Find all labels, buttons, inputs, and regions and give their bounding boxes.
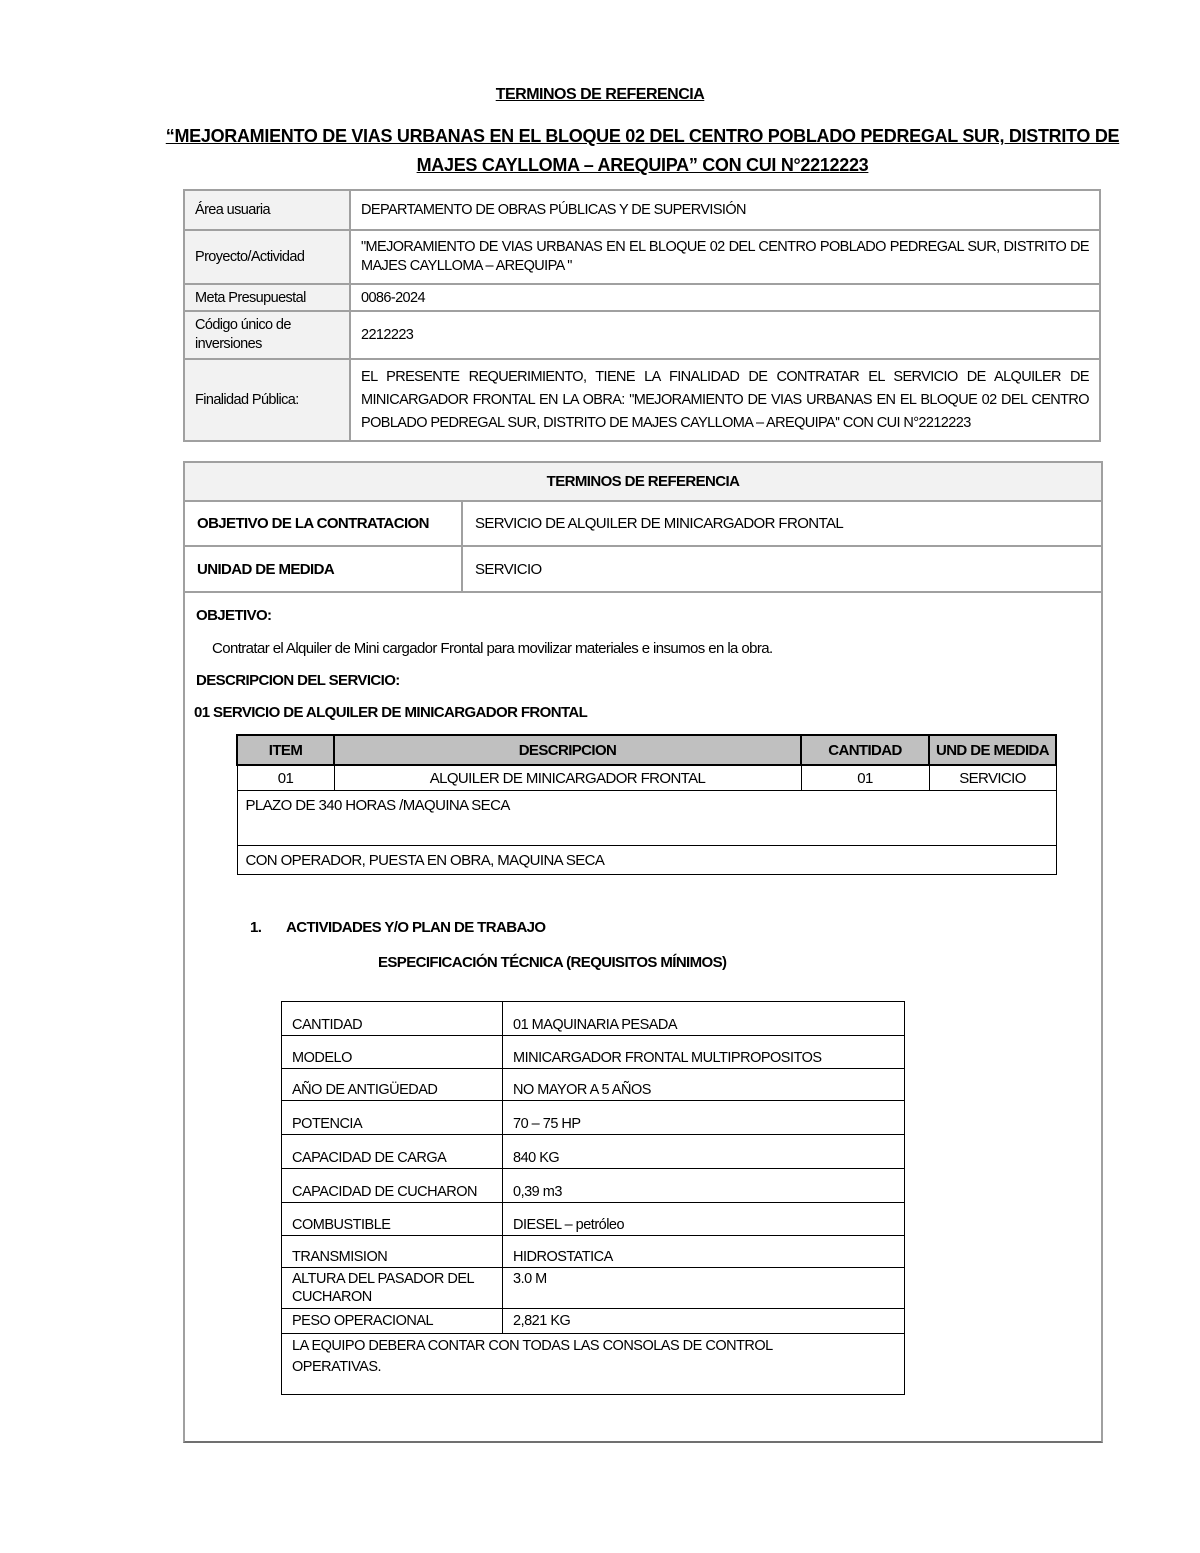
info-label: Área usuaria	[184, 190, 350, 230]
column-header: UND DE MEDIDA	[929, 735, 1056, 765]
terms-label: UNIDAD DE MEDIDA	[185, 546, 462, 592]
description-cell: ALQUILER DE MINICARGADOR FRONTAL	[334, 765, 801, 791]
spec-label: AÑO DE ANTIGÜEDAD	[282, 1069, 503, 1101]
plan-number: 1.	[250, 919, 261, 936]
item-cell: 01	[237, 765, 334, 791]
spec-value: 3.0 M	[503, 1268, 905, 1309]
table-row: AÑO DE ANTIGÜEDADNO MAYOR A 5 AÑOS	[282, 1069, 905, 1101]
table-row: CANTIDAD01 MAQUINARIA PESADA	[282, 1002, 905, 1036]
table-row: UNIDAD DE MEDIDA SERVICIO	[185, 546, 1101, 592]
table-row: MODELOMINICARGADOR FRONTAL MULTIPROPOSIT…	[282, 1036, 905, 1069]
operator-note: CON OPERADOR, PUESTA EN OBRA, MAQUINA SE…	[237, 846, 1056, 875]
project-title: “MEJORAMIENTO DE VIAS URBANAS EN EL BLOQ…	[150, 122, 1135, 180]
spec-value: 0,39 m3	[503, 1169, 905, 1203]
table-row: COMBUSTIBLEDIESEL – petróleo	[282, 1203, 905, 1236]
items-table: ITEM DESCRIPCION CANTIDAD UND DE MEDIDA …	[236, 734, 1057, 875]
spec-value: DIESEL – petróleo	[503, 1203, 905, 1236]
info-value: 2212223	[350, 311, 1100, 359]
table-row: ALTURA DEL PASADOR DEL CUCHARON3.0 M	[282, 1268, 905, 1309]
column-header: DESCRIPCION	[334, 735, 801, 765]
table-header-row: ITEM DESCRIPCION CANTIDAD UND DE MEDIDA	[237, 735, 1056, 765]
terms-value: SERVICIO	[462, 546, 1101, 592]
table-row: Área usuaria DEPARTAMENTO DE OBRAS PÚBLI…	[184, 190, 1100, 230]
info-value: DEPARTAMENTO DE OBRAS PÚBLICAS Y DE SUPE…	[350, 190, 1100, 230]
spec-label: ALTURA DEL PASADOR DEL CUCHARON	[282, 1268, 503, 1309]
unit-cell: SERVICIO	[929, 765, 1056, 791]
spec-value: 01 MAQUINARIA PESADA	[503, 1002, 905, 1036]
table-row: OBJETIVO DE LA CONTRATACION SERVICIO DE …	[185, 501, 1101, 546]
spec-label: MODELO	[282, 1036, 503, 1069]
spec-note-text: LA EQUIPO DEBERA CONTAR CON TODAS LAS CO…	[292, 1336, 832, 1378]
terms-value: SERVICIO DE ALQUILER DE MINICARGADOR FRO…	[462, 501, 1101, 546]
objetivo-text: Contratar el Alquiler de Mini cargador F…	[212, 640, 773, 657]
objetivo-label: OBJETIVO:	[196, 607, 271, 624]
table-row: LA EQUIPO DEBERA CONTAR CON TODAS LAS CO…	[282, 1334, 905, 1395]
info-label: Proyecto/Actividad	[184, 230, 350, 284]
table-row: POTENCIA70 – 75 HP	[282, 1101, 905, 1135]
table-row: Proyecto/Actividad "MEJORAMIENTO DE VIAS…	[184, 230, 1100, 284]
table-row: Finalidad Pública: EL PRESENTE REQUERIMI…	[184, 359, 1100, 441]
spec-value: NO MAYOR A 5 AÑOS	[503, 1069, 905, 1101]
table-row: PLAZO DE 340 HORAS /MAQUINA SECA	[237, 791, 1056, 846]
info-value: 0086-2024	[350, 284, 1100, 311]
table-row: TRANSMISIONHIDROSTATICA	[282, 1236, 905, 1268]
document-title: TERMINOS DE REFERENCIA	[0, 86, 1200, 104]
spec-value: MINICARGADOR FRONTAL MULTIPROPOSITOS	[503, 1036, 905, 1069]
info-value: EL PRESENTE REQUERIMIENTO, TIENE LA FINA…	[350, 359, 1100, 441]
info-label: Código único de inversiones	[184, 311, 350, 359]
table-row: PESO OPERACIONAL2,821 KG	[282, 1309, 905, 1334]
table-row: 01 ALQUILER DE MINICARGADOR FRONTAL 01 S…	[237, 765, 1056, 791]
terms-label: OBJETIVO DE LA CONTRATACION	[185, 501, 462, 546]
spec-label: COMBUSTIBLE	[282, 1203, 503, 1236]
plan-title: ACTIVIDADES Y/O PLAN DE TRABAJO	[286, 919, 546, 936]
table-row: Código único de inversiones 2212223	[184, 311, 1100, 359]
table-row: CAPACIDAD DE CARGA840 KG	[282, 1135, 905, 1169]
spec-label: TRANSMISION	[282, 1236, 503, 1268]
table-row: CON OPERADOR, PUESTA EN OBRA, MAQUINA SE…	[237, 846, 1056, 875]
project-info-table: Área usuaria DEPARTAMENTO DE OBRAS PÚBLI…	[183, 189, 1101, 442]
spec-label: PESO OPERACIONAL	[282, 1309, 503, 1334]
spec-label: CAPACIDAD DE CUCHARON	[282, 1169, 503, 1203]
column-header: ITEM	[237, 735, 334, 765]
table-row: CAPACIDAD DE CUCHARON0,39 m3	[282, 1169, 905, 1203]
spec-value: 840 KG	[503, 1135, 905, 1169]
info-label: Meta Presupuestal	[184, 284, 350, 311]
spec-label: CANTIDAD	[282, 1002, 503, 1036]
spec-label: POTENCIA	[282, 1101, 503, 1135]
table-row: Meta Presupuestal 0086-2024	[184, 284, 1100, 311]
info-label: Finalidad Pública:	[184, 359, 350, 441]
column-header: CANTIDAD	[801, 735, 929, 765]
table-row: TERMINOS DE REFERENCIA	[185, 463, 1101, 501]
spec-value: 2,821 KG	[503, 1309, 905, 1334]
terms-heading: TERMINOS DE REFERENCIA	[185, 463, 1101, 501]
term-note: PLAZO DE 340 HORAS /MAQUINA SECA	[237, 791, 1056, 846]
quantity-cell: 01	[801, 765, 929, 791]
descripcion-label: DESCRIPCION DEL SERVICIO:	[196, 672, 400, 689]
spec-title: ESPECIFICACIÓN TÉCNICA (REQUISITOS MÍNIM…	[378, 954, 726, 971]
spec-table: CANTIDAD01 MAQUINARIA PESADA MODELOMINIC…	[281, 1001, 905, 1395]
terms-table: TERMINOS DE REFERENCIA OBJETIVO DE LA CO…	[185, 463, 1101, 593]
servicio-line: 01 SERVICIO DE ALQUILER DE MINICARGADOR …	[194, 704, 587, 721]
info-value: "MEJORAMIENTO DE VIAS URBANAS EN EL BLOQ…	[350, 230, 1100, 284]
spec-value: HIDROSTATICA	[503, 1236, 905, 1268]
spec-note: LA EQUIPO DEBERA CONTAR CON TODAS LAS CO…	[282, 1334, 905, 1395]
spec-value: 70 – 75 HP	[503, 1101, 905, 1135]
spec-label: CAPACIDAD DE CARGA	[282, 1135, 503, 1169]
